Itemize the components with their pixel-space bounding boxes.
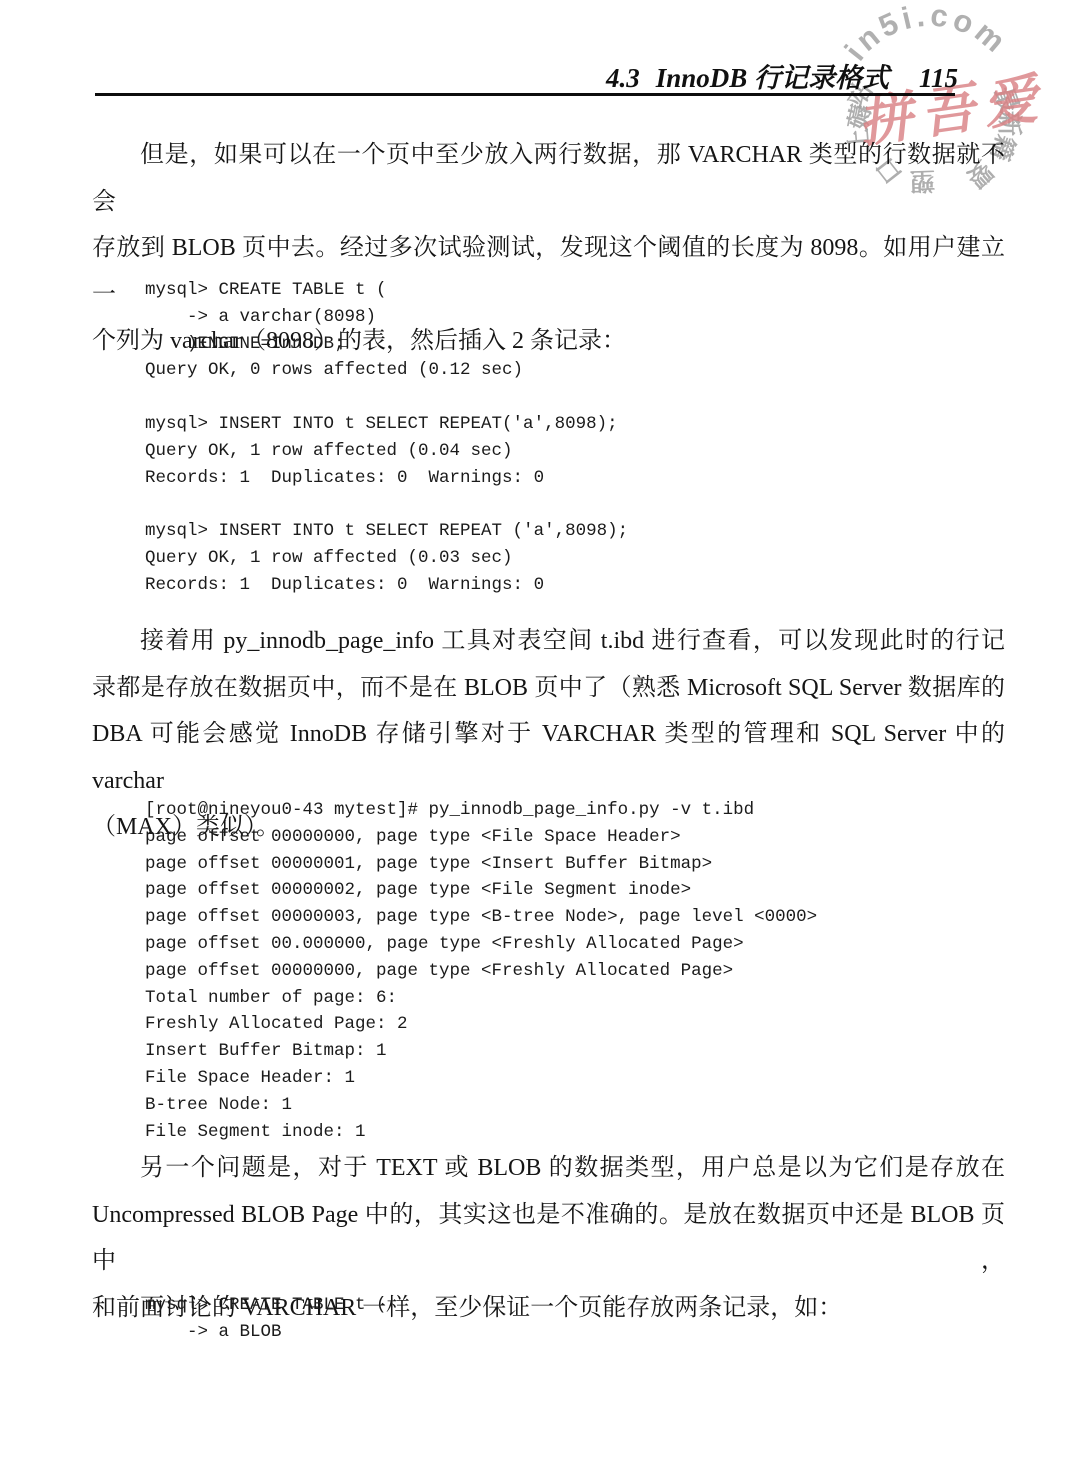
code-line: page offset 00000003, page type <B-tree … xyxy=(145,904,1005,931)
code-line: Query OK, 1 row affected (0.04 sec) xyxy=(145,438,1005,465)
text-line: 接着用 py_innodb_page_info 工具对表空间 t.ibd 进行查… xyxy=(92,618,1005,665)
code-line: page offset 00000002, page type <File Se… xyxy=(145,877,1005,904)
code-line: Freshly Allocated Page: 2 xyxy=(145,1011,1005,1038)
code-line: Records: 1 Duplicates: 0 Warnings: 0 xyxy=(145,465,1005,492)
code-line xyxy=(145,491,1005,518)
code-line: page offset 00000000, page type <File Sp… xyxy=(145,824,1005,851)
page-content: 但是，如果可以在一个页中至少放入两行数据，那 VARCHAR 类型的行数据就不会… xyxy=(92,0,1005,1478)
text-line: DBA 可能会感觉 InnoDB 存储引擎对于 VARCHAR 类型的管理和 S… xyxy=(92,711,1005,804)
code-line: page offset 00000000, page type <Freshly… xyxy=(145,958,1005,985)
book-page: 4.3InnoDB 行记录格式115 但是，如果可以在一个页中至少放入两行数据，… xyxy=(0,0,1080,1478)
text-line: 录都是存放在数据页中，而不是在 BLOB 页中了（熟悉 Microsoft SQ… xyxy=(92,665,1005,712)
code-line: Query OK, 0 rows affected (0.12 sec) xyxy=(145,357,1005,384)
code-line: Insert Buffer Bitmap: 1 xyxy=(145,1038,1005,1065)
code-line: Query OK, 1 row affected (0.03 sec) xyxy=(145,545,1005,572)
code-line: File Space Header: 1 xyxy=(145,1065,1005,1092)
code-line: )ENGINE=InnoDB; xyxy=(145,331,1005,358)
code-block-create-blob-table: mysql> CREATE TABLE t ( -> a BLOB xyxy=(92,1292,1005,1346)
code-line: File Segment inode: 1 xyxy=(145,1119,1005,1146)
code-line: -> a varchar(8098) xyxy=(145,304,1005,331)
code-line: Total number of page: 6: xyxy=(145,985,1005,1012)
code-line: mysql> INSERT INTO t SELECT REPEAT ('a',… xyxy=(145,518,1005,545)
code-block-py-innodb-page-info: [root@nineyou0-43 mytest]# py_innodb_pag… xyxy=(92,797,1005,1145)
code-line: mysql> CREATE TABLE t ( xyxy=(145,277,1005,304)
text-line: 另一个问题是，对于 TEXT 或 BLOB 的数据类型，用户总是以为它们是存放在 xyxy=(92,1145,1005,1192)
code-line: mysql> CREATE TABLE t ( xyxy=(145,1292,1005,1319)
code-line: -> a BLOB xyxy=(145,1319,1005,1346)
text-line: 但是，如果可以在一个页中至少放入两行数据，那 VARCHAR 类型的行数据就不会 xyxy=(92,132,1005,225)
code-block-create-varchar-table: mysql> CREATE TABLE t ( -> a varchar(809… xyxy=(92,277,1005,599)
text-line: Uncompressed BLOB Page 中的，其实这也是不准确的。是放在数… xyxy=(92,1192,1005,1285)
code-line: page offset 00.000000, page type <Freshl… xyxy=(145,931,1005,958)
code-line: mysql> INSERT INTO t SELECT REPEAT('a',8… xyxy=(145,411,1005,438)
code-line: [root@nineyou0-43 mytest]# py_innodb_pag… xyxy=(145,797,1005,824)
code-line: B-tree Node: 1 xyxy=(145,1092,1005,1119)
code-line: Records: 1 Duplicates: 0 Warnings: 0 xyxy=(145,572,1005,599)
code-line xyxy=(145,384,1005,411)
code-line: page offset 00000001, page type <Insert … xyxy=(145,851,1005,878)
